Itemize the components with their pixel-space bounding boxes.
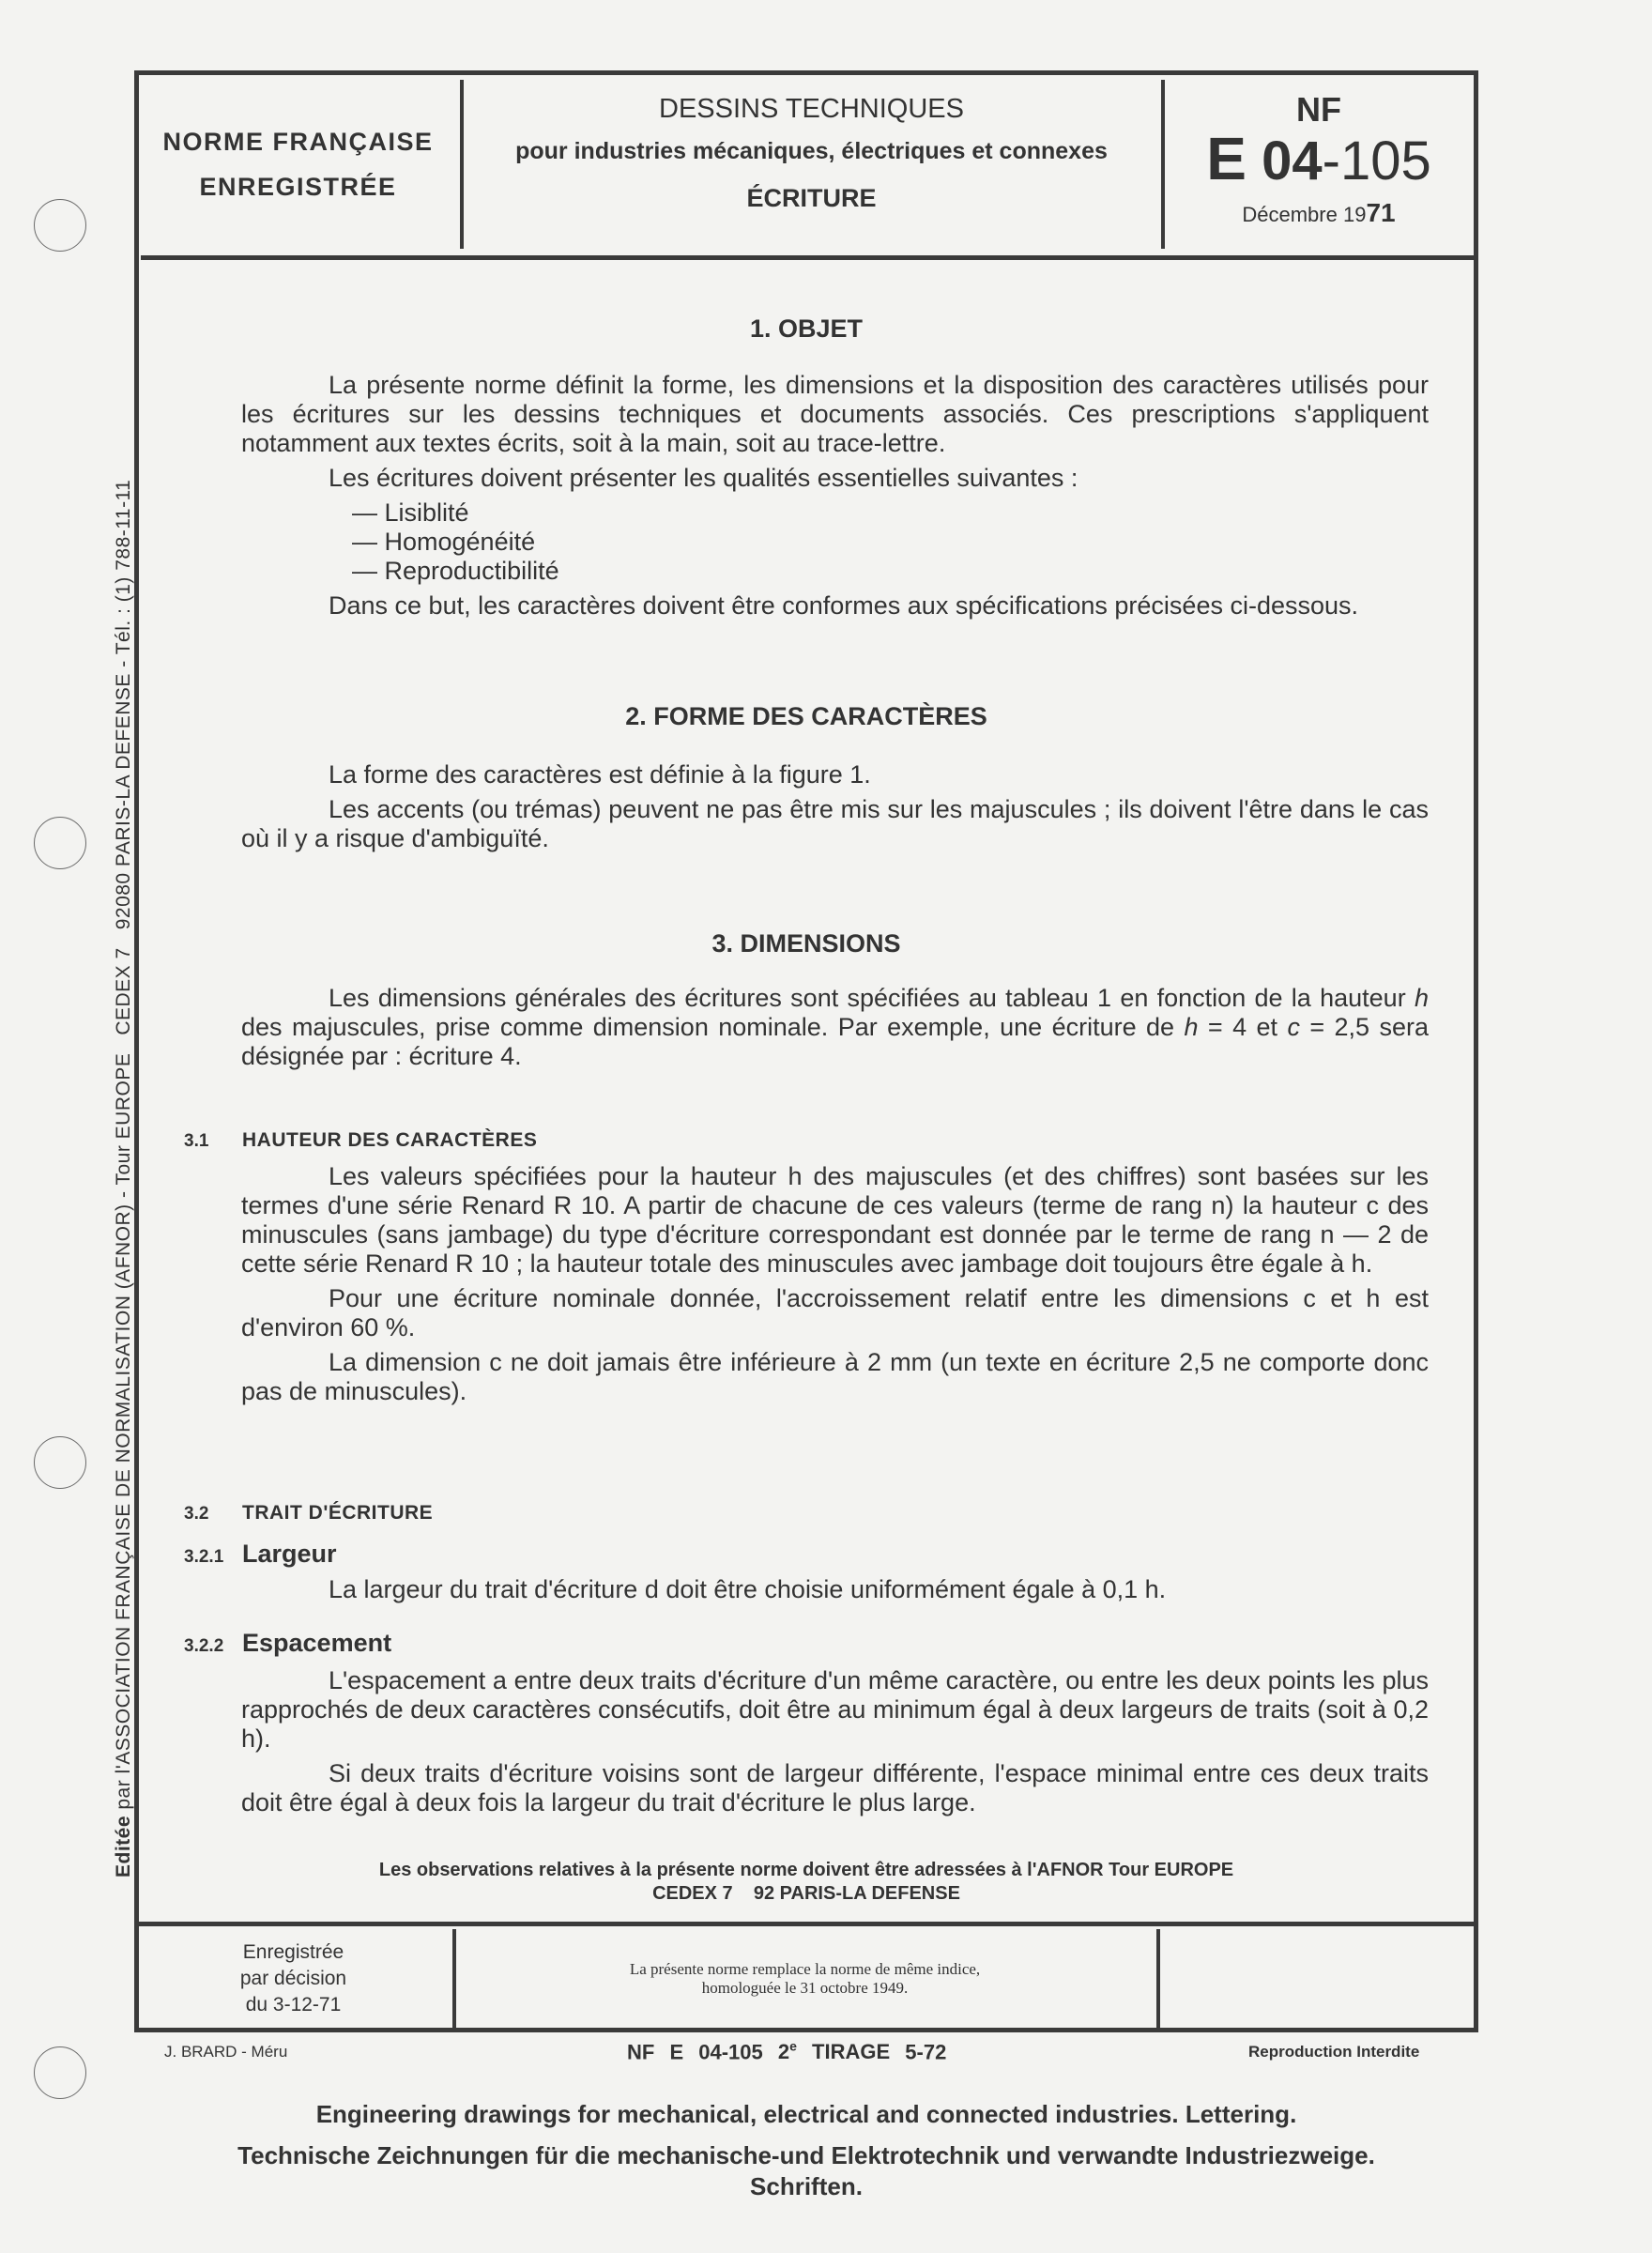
observations-address: CEDEX 7 92 PARIS-LA DEFENSE	[134, 1882, 1478, 1906]
list-item: — Lisiblité	[241, 498, 1429, 528]
german-title: Technische Zeichnungen für die mechanisc…	[134, 2140, 1478, 2202]
paragraph: L'espacement a entre deux traits d'écrit…	[241, 1666, 1429, 1754]
publisher-margin-text: Editée par l'ASSOCIATION FRANÇAISE DE NO…	[113, 480, 135, 1877]
paragraph: Les valeurs spécifiées pour la hauteur h…	[241, 1162, 1429, 1279]
header-bottom-rule	[141, 255, 1474, 260]
subsection-body-3-2-2: L'espacement a entre deux traits d'écrit…	[241, 1666, 1429, 1823]
german-title-line: Schriften.	[134, 2171, 1478, 2202]
subsection-heading-3-2-2: 3.2.2Espacement	[184, 1629, 391, 1658]
standard-date: Décembre 1971	[1169, 198, 1469, 228]
publisher-address: par l'ASSOCIATION FRANÇAISE DE NORMALISA…	[113, 480, 134, 1810]
header-title: DESSINS TECHNIQUES	[462, 94, 1161, 125]
header-registration-label: NORME FRANÇAISE ENREGISTRÉE	[141, 75, 455, 253]
subsection-body-3-2-1: La largeur du trait d'écriture d doit êt…	[241, 1575, 1429, 1610]
paragraph: Dans ce but, les caractères doivent être…	[241, 591, 1429, 621]
paragraph: Les dimensions générales des écritures s…	[241, 984, 1429, 1071]
registration-line: Enregistrée	[141, 1939, 446, 1966]
list-item: — Homogénéité	[241, 528, 1429, 557]
paragraph: La forme des caractères est définie à la…	[241, 760, 1429, 789]
standard-date-year: 71	[1366, 198, 1395, 227]
paragraph: La largeur du trait d'écriture d doit êt…	[241, 1575, 1429, 1604]
standard-reference: NF E 04-105	[627, 2040, 763, 2063]
header-enregistree: ENREGISTRÉE	[199, 164, 396, 209]
print-date: 5-72	[905, 2040, 946, 2063]
print-edition: 2e TIRAGE	[778, 2040, 890, 2063]
subsection-number: 3.2.2	[184, 1636, 242, 1657]
punch-hole-icon	[34, 199, 86, 252]
header-subtitle: pour industries mécaniques, électriques …	[462, 138, 1161, 165]
text-run: Les dimensions générales des écritures s…	[329, 984, 1415, 1012]
text-run: des majuscules, prise comme dimension no…	[241, 1013, 1184, 1041]
punch-hole-icon	[34, 2046, 86, 2099]
section-body-dimensions: Les dimensions générales des écritures s…	[241, 984, 1429, 1077]
subsection-heading-3-2-1: 3.2.1Largeur	[184, 1540, 337, 1569]
replacement-line: La présente norme remplace la norme de m…	[455, 1960, 1155, 1979]
subsection-heading-3-2: 3.2TRAIT D'ÉCRITURE	[184, 1502, 433, 1525]
edition-number: 2	[778, 2040, 789, 2063]
replacement-notice: La présente norme remplace la norme de m…	[455, 1934, 1155, 2023]
reproduction-notice: Reproduction Interdite	[1248, 2043, 1419, 2061]
section-heading-forme: 2. FORME DES CARACTÈRES	[134, 702, 1478, 731]
registration-line: par décision	[141, 1966, 446, 1992]
english-title: Engineering drawings for mechanical, ele…	[134, 2099, 1478, 2130]
registration-date: du 3-12-71	[141, 1992, 446, 2018]
header-divider-right	[1161, 80, 1165, 249]
german-title-line: Technische Zeichnungen für die mechanisc…	[134, 2140, 1478, 2171]
paragraph: La dimension c ne doit jamais être infér…	[241, 1348, 1429, 1406]
punch-hole-icon	[34, 817, 86, 869]
paragraph: La présente norme définit la forme, les …	[241, 371, 1429, 458]
subsection-number: 3.2	[184, 1504, 242, 1525]
subsection-number: 3.1	[184, 1131, 242, 1152]
print-run-info: NF E 04-105 2e TIRAGE 5-72	[627, 2039, 946, 2064]
subsection-body-3-1: Les valeurs spécifiées pour la hauteur h…	[241, 1162, 1429, 1412]
list-item: — Reproductibilité	[241, 557, 1429, 586]
subsection-number: 3.2.1	[184, 1547, 242, 1568]
standard-date-month: Décembre 19	[1242, 203, 1366, 226]
variable-c: c	[1287, 1013, 1300, 1041]
subsection-title: HAUTEUR DES CARACTÈRES	[242, 1129, 537, 1151]
header-title-block: DESSINS TECHNIQUES pour industries mécan…	[462, 84, 1161, 253]
paragraph: Si deux traits d'écriture voisins sont d…	[241, 1759, 1429, 1817]
standard-code-group: 04	[1262, 130, 1323, 192]
paragraph: Les écritures doivent présenter les qual…	[241, 464, 1429, 493]
standard-code: E 04-105	[1169, 130, 1469, 191]
edition-suffix: e	[789, 2039, 797, 2054]
nf-label: NF	[1169, 90, 1469, 130]
standard-code-number: 105	[1340, 130, 1431, 192]
footer-top-rule	[136, 1922, 1476, 1926]
standard-code-letter: E	[1206, 125, 1247, 192]
variable-h: h	[1415, 984, 1429, 1012]
replacement-line: homologuée le 31 octobre 1949.	[455, 1979, 1155, 1998]
punch-hole-icon	[34, 1436, 86, 1489]
subsection-heading-3-1: 3.1HAUTEUR DES CARACTÈRES	[184, 1129, 537, 1152]
standard-code-dash: -	[1323, 130, 1340, 192]
edition-label: TIRAGE	[812, 2040, 890, 2063]
paragraph: Pour une écriture nominale donnée, l'acc…	[241, 1284, 1429, 1342]
subsection-title: TRAIT D'ÉCRITURE	[242, 1502, 433, 1524]
header-standard-number: NF E 04-105 Décembre 1971	[1169, 84, 1469, 253]
variable-h: h	[1184, 1013, 1198, 1041]
subsection-title: Largeur	[242, 1540, 337, 1568]
footer-divider-right	[1156, 1929, 1160, 2031]
section-heading-objet: 1. OBJET	[134, 314, 1478, 344]
header-norme-francaise: NORME FRANÇAISE	[162, 119, 433, 164]
printer-credit: J. BRARD - Méru	[164, 2043, 287, 2061]
section-body-objet: La présente norme définit la forme, les …	[241, 371, 1429, 626]
observations-line: Les observations relatives à la présente…	[134, 1859, 1478, 1882]
paragraph: Les accents (ou trémas) peuvent ne pas ê…	[241, 795, 1429, 853]
publisher-edited-label: Editée	[113, 1816, 134, 1877]
subsection-title: Espacement	[242, 1629, 391, 1657]
registration-decision: Enregistrée par décision du 3-12-71	[141, 1934, 446, 2023]
observations-notice: Les observations relatives à la présente…	[134, 1859, 1478, 1906]
section-body-forme: La forme des caractères est définie à la…	[241, 760, 1429, 859]
text-run: = 4 et	[1198, 1013, 1287, 1041]
header-topic: ÉCRITURE	[462, 184, 1161, 213]
section-heading-dimensions: 3. DIMENSIONS	[134, 929, 1478, 958]
